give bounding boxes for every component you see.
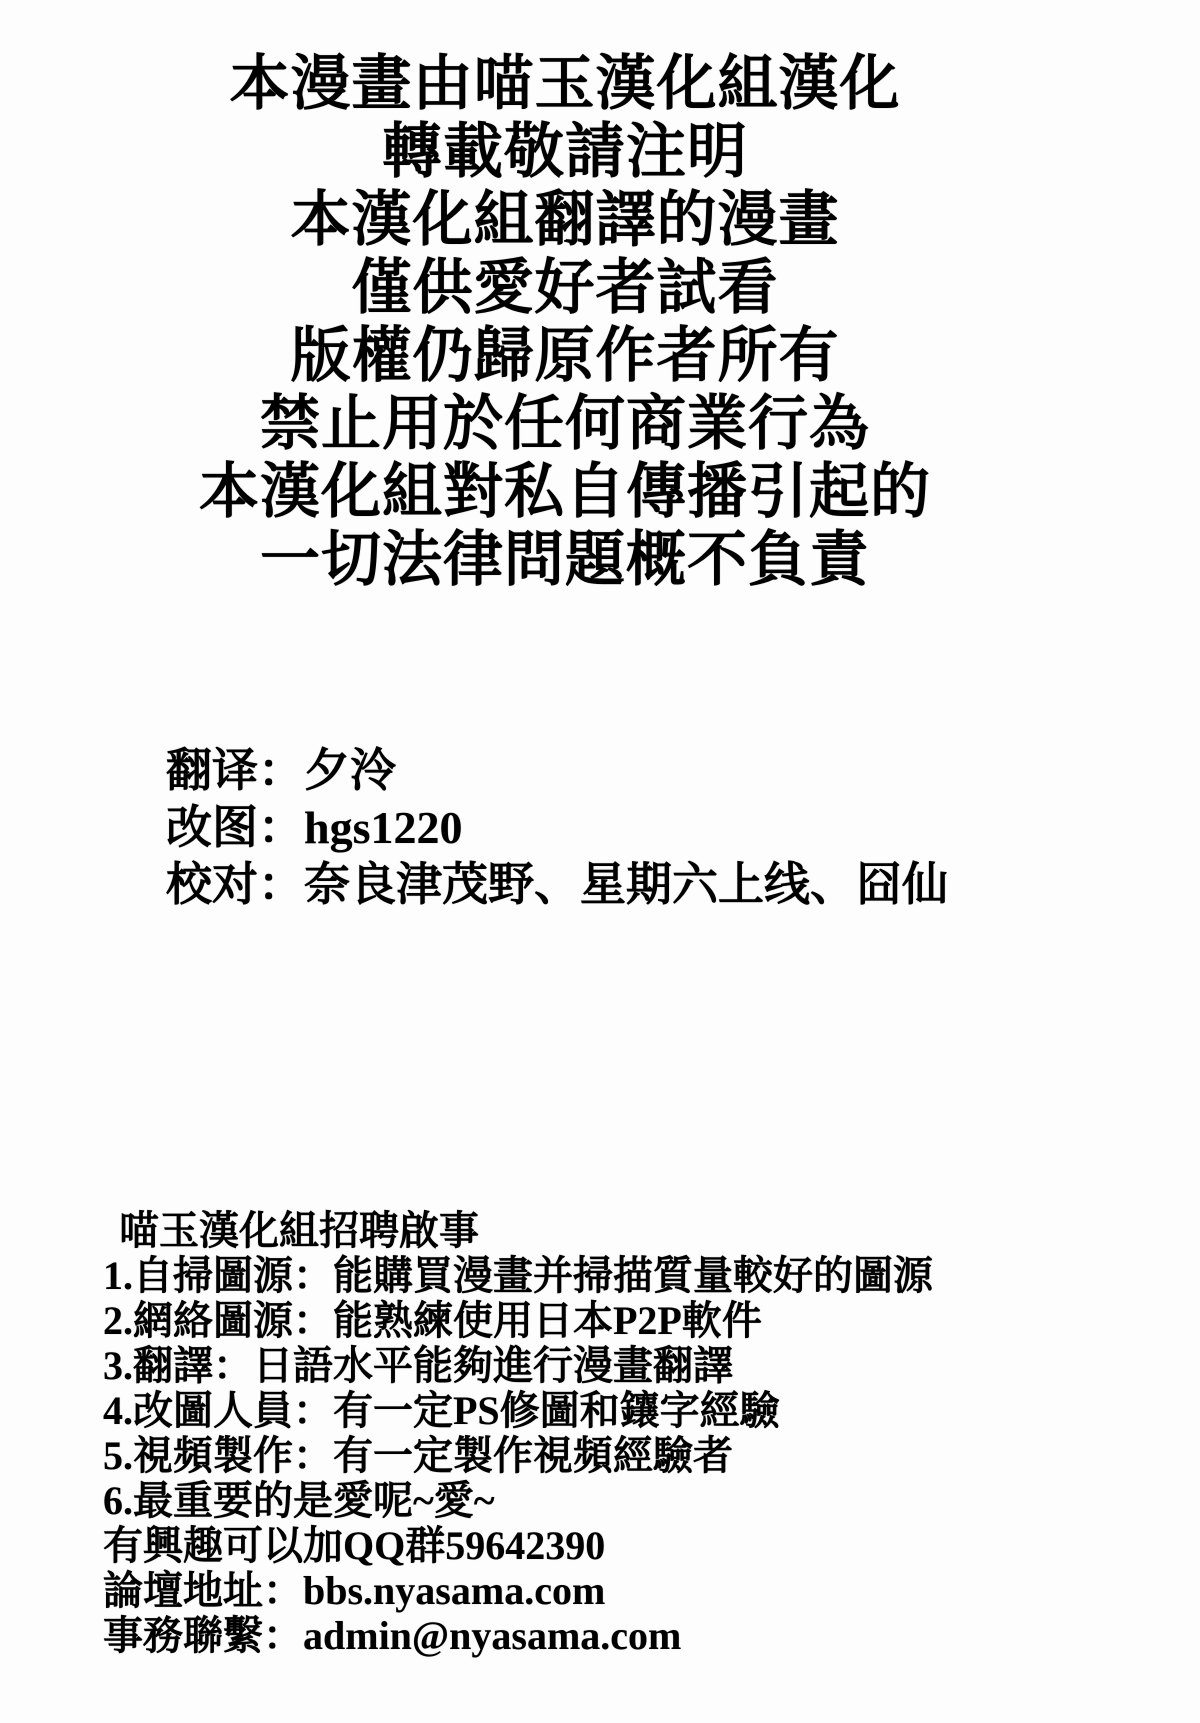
disclaimer-line-8: 一切法律問題概不負責 [0,526,1130,594]
disclaimer-line-5: 版權仍歸原作者所有 [0,322,1130,390]
recruitment-item-3: 3.翻譯：日語水平能夠進行漫畫翻譯 [103,1343,933,1388]
editor-credit: 改图：hgs1220 [166,799,948,856]
recruitment-item-5: 5.視頻製作：有一定製作視頻經驗者 [103,1433,933,1478]
disclaimer-line-4: 僅供愛好者試看 [0,254,1130,322]
disclaimer-line-2: 轉載敬請注明 [0,118,1130,186]
recruitment-block: 喵玉漢化組招聘啟事 1.自掃圖源：能購買漫畫并掃描質量較好的圖源 2.網絡圖源：… [103,1208,933,1658]
disclaimer-line-3: 本漢化組翻譯的漫畫 [0,186,1130,254]
staff-credits-block: 翻译：夕泠 改图：hgs1220 校对：奈良津茂野、星期六上线、囧仙 [166,742,948,913]
recruitment-item-6: 6.最重要的是愛呢~愛~ [103,1478,933,1523]
proofreader-credit: 校对：奈良津茂野、星期六上线、囧仙 [166,856,948,913]
disclaimer-block: 本漫畫由喵玉漢化組漢化 轉載敬請注明 本漢化組翻譯的漫畫 僅供愛好者試看 版權仍… [0,50,1130,594]
disclaimer-line-7: 本漢化組對私自傳播引起的 [0,458,1130,526]
disclaimer-line-1: 本漫畫由喵玉漢化組漢化 [0,50,1130,118]
recruitment-item-2: 2.網絡圖源：能熟練使用日本P2P軟件 [103,1298,933,1343]
contact-email-line: 事務聯繫：admin@nyasama.com [103,1613,933,1658]
recruitment-item-4: 4.改圖人員：有一定PS修圖和鑲字經驗 [103,1388,933,1433]
translator-credit: 翻译：夕泠 [166,742,948,799]
qq-group-line: 有興趣可以加QQ群59642390 [103,1523,933,1568]
forum-url-line: 論壇地址：bbs.nyasama.com [103,1568,933,1613]
recruitment-title: 喵玉漢化組招聘啟事 [103,1208,933,1253]
recruitment-item-1: 1.自掃圖源：能購買漫畫并掃描質量較好的圖源 [103,1253,933,1298]
disclaimer-line-6: 禁止用於任何商業行為 [0,390,1130,458]
